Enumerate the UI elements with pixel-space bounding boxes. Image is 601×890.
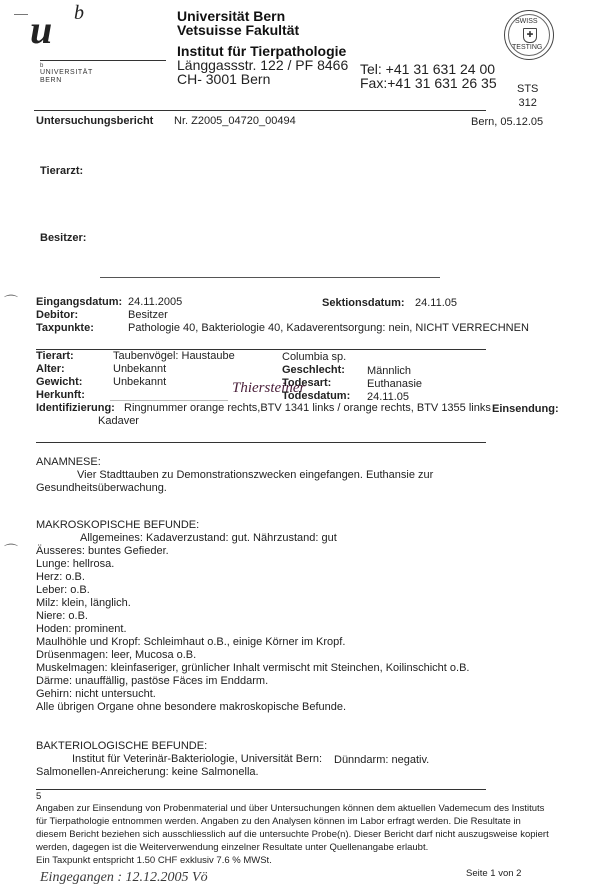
swiss-testing-stamp: SWISS ✚ TESTING — [504, 10, 554, 60]
makro-finding: Muskelmagen: kleinfaseriger, grünlicher … — [36, 662, 469, 675]
tax-points-label: Taxpunkte: — [36, 322, 94, 334]
age-label: Alter: — [36, 363, 65, 375]
report-place-date: Bern, 05.12.05 — [471, 116, 543, 128]
anamnese-line2: Gesundheitsüberwachung. — [36, 482, 167, 494]
sex-value: Männlich — [367, 365, 411, 377]
university-name: Universität Bern — [177, 9, 285, 23]
debtor-value: Besitzer — [128, 309, 168, 321]
address-line2: CH- 3001 Bern — [177, 72, 270, 86]
makro-finding: Leber: o.B. — [36, 584, 469, 597]
university-logo: u — [30, 6, 52, 53]
page-number: Seite 1 von 2 — [466, 868, 521, 881]
makro-heading: MAKROSKOPISCHE BEFUNDE: — [36, 519, 199, 531]
institute-name: Institut für Tierpathologie — [177, 44, 346, 58]
logo-university-name: UNIVERSITÄT BERN — [40, 69, 93, 85]
makro-finding: Milz: klein, länglich. — [36, 597, 469, 610]
faculty-name: Vetsuisse Fakultät — [177, 23, 299, 37]
weight-value: Unbekannt — [113, 376, 166, 388]
parties-divider — [100, 277, 440, 278]
species-value: Taubenvögel: Haustaube — [113, 350, 235, 362]
margin-punch-mark: ⌒ — [4, 541, 18, 561]
swiss-cross-shield-icon: ✚ — [523, 28, 537, 43]
logo-dash — [14, 14, 28, 15]
makro-finding: Hoden: prominent. — [36, 623, 469, 636]
makro-finding: Alle übrigen Organe ohne besondere makro… — [36, 701, 469, 714]
makro-finding: Maulhöhle und Kropf: Schleimhaut o.B., e… — [36, 636, 469, 649]
footer-line5: Ein Taxpunkt entspricht 1.50 CHF exklusi… — [36, 855, 272, 868]
section-date-value: 24.11.05 — [415, 297, 457, 309]
makro-general: Allgemeines: Kadaverzustand: gut. Nährzu… — [80, 532, 337, 544]
received-date-label: Eingangsdatum: — [36, 296, 122, 308]
address-line1: Länggassstr. 122 / PF 8466 — [177, 58, 348, 72]
report-title: Untersuchungsbericht — [36, 115, 153, 127]
handwritten-receipt-note: Eingegangen : 12.12.2005 Vö — [40, 870, 208, 886]
makro-finding: Niere: o.B. — [36, 610, 469, 623]
animal-divider — [36, 442, 486, 443]
sex-label: Geschlecht: — [282, 364, 345, 376]
bakt-institute: Institut für Veterinär-Bakteriologie, Un… — [72, 753, 322, 765]
origin-blank-line — [110, 400, 228, 401]
makro-finding: Äusseres: buntes Gefieder. — [36, 545, 469, 558]
species-label: Tierart: — [36, 350, 74, 362]
footer-divider — [36, 789, 486, 790]
phone-number: Tel: +41 31 631 24 00 — [360, 62, 495, 76]
anamnese-line1: Vier Stadttauben zu Demonstrationszwecke… — [77, 469, 433, 481]
sts-accreditation: STS 312 — [517, 82, 538, 110]
identification-value: Ringnummer orange rechts,BTV 1341 links … — [124, 402, 491, 414]
received-date-value: 24.11.2005 — [128, 296, 182, 308]
bakt-result-duenndarm: Dünndarm: negativ. — [334, 754, 429, 766]
death-type-value: Euthanasie — [367, 378, 422, 390]
makro-finding: Lunge: hellrosa. — [36, 558, 469, 571]
makro-finding: Herz: o.B. — [36, 571, 469, 584]
makro-findings-list: Äusseres: buntes Gefieder.Lunge: hellros… — [36, 545, 469, 714]
origin-label: Herkunft: — [36, 389, 85, 401]
report-number: Nr. Z2005_04720_00494 — [174, 115, 296, 127]
species-latin: Columbia sp. — [282, 351, 346, 363]
university-logo-superscript: b — [74, 2, 84, 25]
identification-label: Identifizierung: — [36, 402, 115, 414]
fax-number: Fax:+41 31 631 26 35 — [360, 76, 497, 90]
logo-university-line2: BERN — [40, 77, 93, 85]
sts-number: 312 — [517, 96, 538, 110]
makro-finding: Därme: unauffällig, pastöse Fäces im End… — [36, 675, 469, 688]
footer-line3: diesem Bericht beziehen sich ausschliess… — [36, 829, 549, 842]
footer-line4: werden, dagegen ist die Weiterverwendung… — [36, 842, 428, 855]
footer-line1: Angaben zur Einsendung von Probenmateria… — [36, 803, 544, 816]
bakt-heading: BAKTERIOLOGISCHE BEFUNDE: — [36, 740, 207, 752]
weight-label: Gewicht: — [36, 376, 82, 388]
header-divider — [34, 110, 486, 111]
logo-university-line1: UNIVERSITÄT — [40, 69, 93, 77]
bakt-result-salmonella: Salmonellen-Anreicherung: keine Salmonel… — [36, 766, 259, 778]
logo-divider — [40, 60, 166, 61]
footer-number: 5 — [36, 791, 41, 804]
makro-finding: Drüsenmagen: leer, Mucosa o.B. — [36, 649, 469, 662]
debtor-label: Debitor: — [36, 309, 78, 321]
makro-finding: Gehirn: nicht untersucht. — [36, 688, 469, 701]
stamp-top-text: SWISS — [515, 18, 538, 25]
submission-value: Kadaver — [98, 415, 139, 427]
footer-line2: für Tierpathologie entnommen werden. Ang… — [36, 816, 521, 829]
vet-label: Tierarzt: — [40, 165, 83, 177]
tax-points-value: Pathologie 40, Bakteriologie 40, Kadaver… — [128, 322, 529, 334]
death-date-label: Todesdatum: — [282, 390, 350, 402]
stamp-bottom-text: TESTING — [512, 44, 542, 51]
admin-divider — [36, 349, 486, 350]
section-date-label: Sektionsdatum: — [322, 297, 405, 309]
submission-label: Einsendung: — [492, 403, 559, 415]
margin-punch-mark: ⌒ — [4, 292, 18, 312]
owner-label: Besitzer: — [40, 232, 86, 244]
anamnese-heading: ANAMNESE: — [36, 456, 101, 468]
age-value: Unbekannt — [113, 363, 166, 375]
sts-label: STS — [517, 82, 538, 96]
